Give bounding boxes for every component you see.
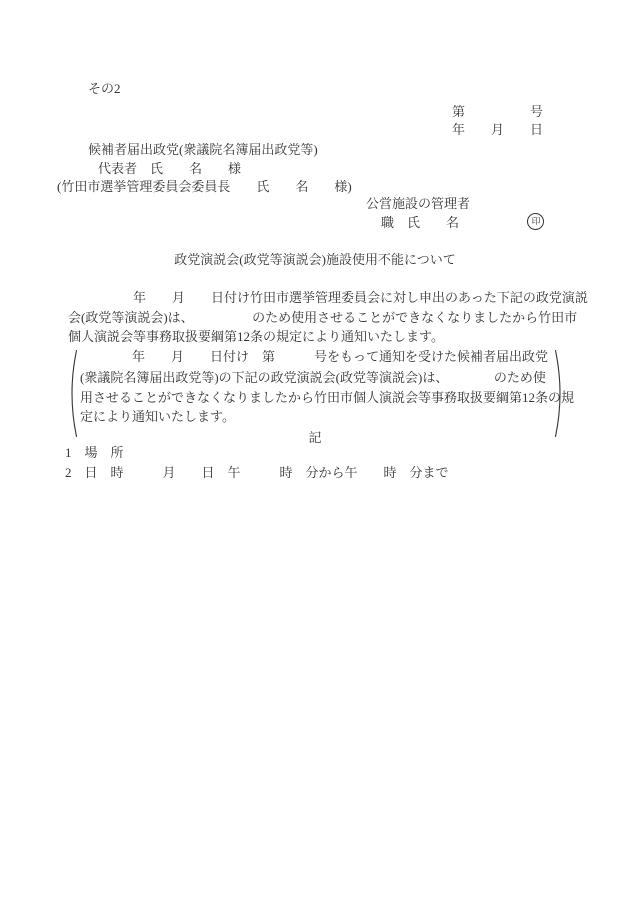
item-datetime: 2 日 時 月 日 午 時 分から午 時 分まで bbox=[65, 465, 449, 480]
paragraph1-line: 年 月 日付け竹田市選挙管理委員会に対し申出のあった下記の政党演説 bbox=[68, 290, 588, 305]
document-date-line: 年 月 日 bbox=[452, 122, 543, 137]
seal-icon: 印 bbox=[527, 213, 544, 230]
bracket-left-icon bbox=[65, 349, 78, 438]
item-place: 1 場 所 bbox=[65, 445, 124, 460]
bracketed-note-line: (衆議院名簿届出政党等)の下記の政党演説会(政党等演説会)は、 のため使 bbox=[80, 370, 546, 385]
addressee-party-line: 候補者届出政党(衆議院名簿届出政党等) bbox=[88, 142, 318, 157]
seal-text: 印 bbox=[531, 217, 540, 226]
bracketed-note-line: 年 月 日付け 第 号をもって通知を受けた候補者届出政党 bbox=[80, 349, 548, 364]
addressee-representative-line: 代表者 氏 名 様 bbox=[98, 161, 241, 176]
sender-role: 公営施設の管理者 bbox=[366, 196, 470, 211]
bracketed-note-line: 定により通知いたします。 bbox=[80, 409, 235, 424]
paragraph1-line: 個人演説会等事務取扱要綱第12条の規定により通知いたします。 bbox=[68, 329, 444, 344]
ki-separator-label: 記 bbox=[0, 430, 630, 445]
form-variant-label: その2 bbox=[88, 81, 121, 96]
bracketed-note-line: 用させることができなくなりましたから竹田市個人演説会等事務取扱要綱第12条の規 bbox=[80, 390, 574, 405]
sender-name-line: 職 氏 名 bbox=[381, 215, 459, 230]
paragraph1-line: 会(政党等演説会)は、 のため使用させることができなくなりましたから竹田市 bbox=[68, 310, 577, 325]
document-title: 政党演説会(政党等演説会)施設使用不能について bbox=[0, 252, 630, 267]
addressee-committee-line: (竹田市選挙管理委員会委員長 氏 名 様) bbox=[57, 179, 352, 194]
document-number-line: 第 号 bbox=[452, 104, 543, 119]
document-page: その2 第 号 年 月 日 候補者届出政党(衆議院名簿届出政党等) 代表者 氏 … bbox=[0, 0, 630, 915]
